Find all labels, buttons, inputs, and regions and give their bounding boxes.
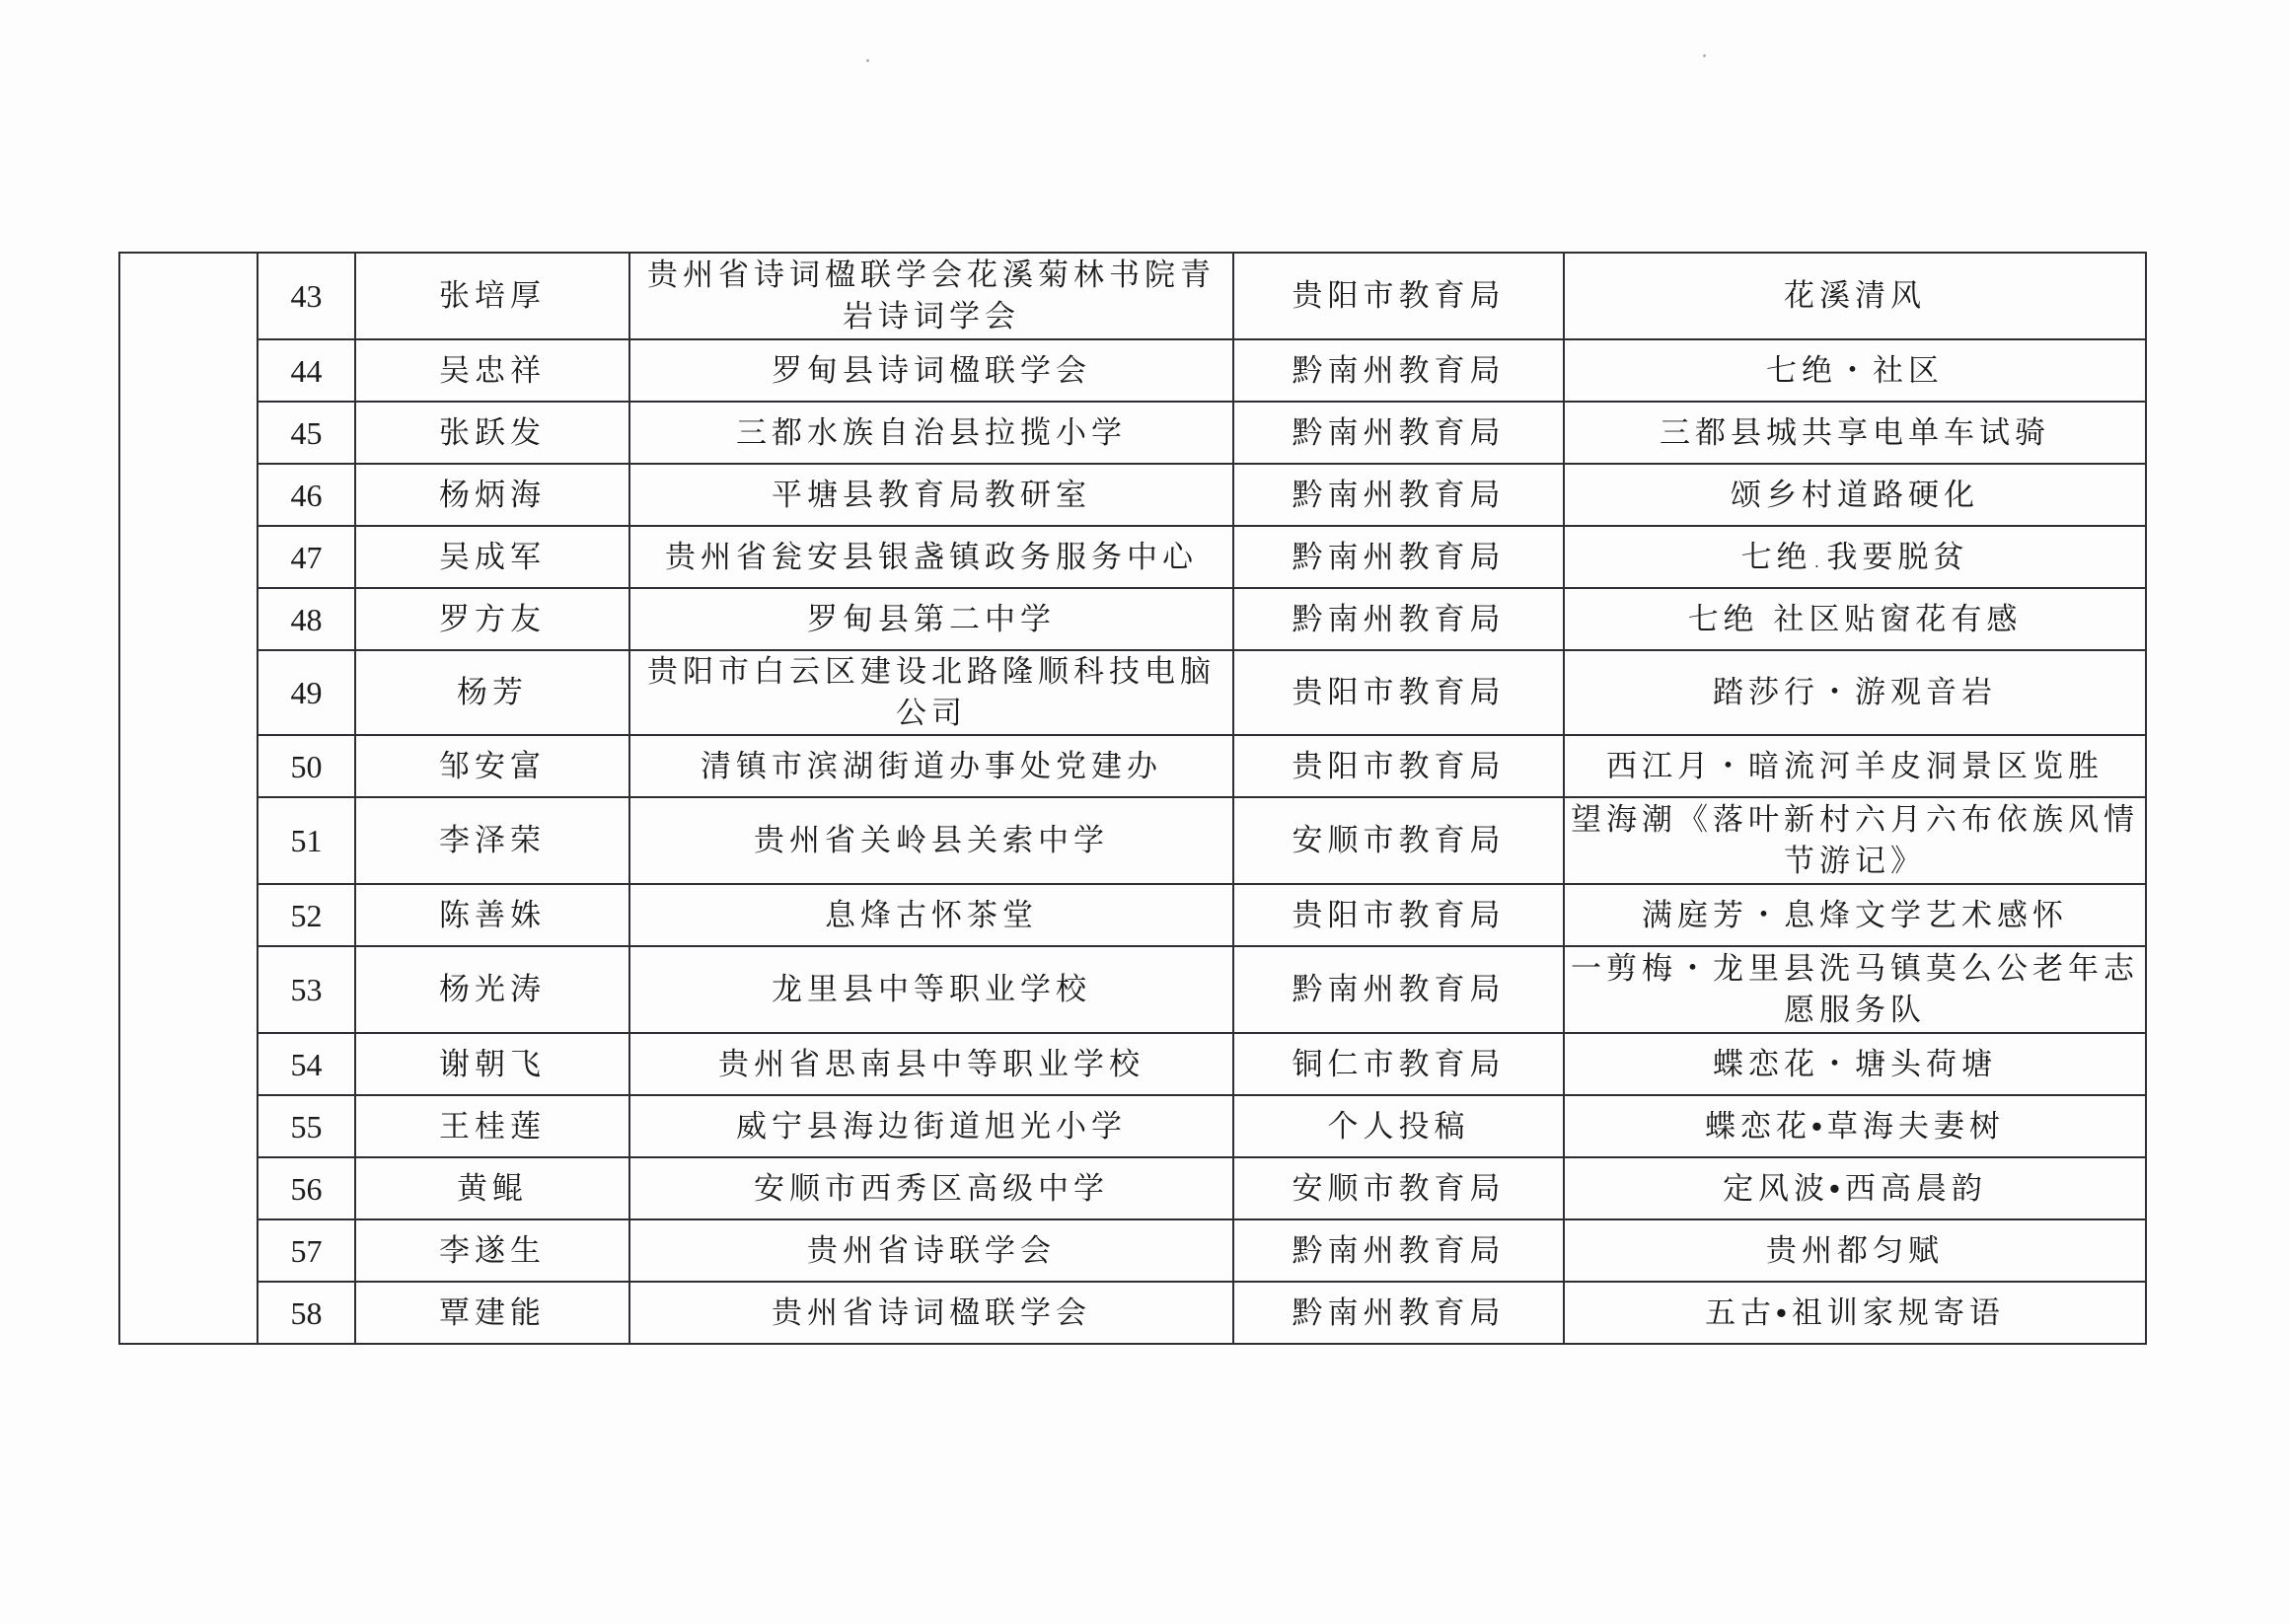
name-cell: 王桂莲 [355,1095,629,1157]
work-title-cell: 一剪梅・龙里县洗马镇莫么公老年志愿服务队 [1564,946,2146,1033]
affiliation-cell: 平塘县教育局教研室 [629,464,1233,526]
table-row: 56黄鲲安顺市西秀区高级中学安顺市教育局定风波•西高晨韵 [119,1157,2146,1219]
index-cell: 51 [258,797,355,884]
table-row: 44吴忠祥罗甸县诗词楹联学会黔南州教育局七绝・社区 [119,339,2146,402]
recommending-unit-cell: 黔南州教育局 [1233,464,1564,526]
index-cell: 47 [258,526,355,588]
index-cell: 53 [258,946,355,1033]
work-title-cell: 西江月・暗流河羊皮洞景区览胜 [1564,735,2146,797]
scan-speck [866,59,869,62]
table-row: 46杨炳海平塘县教育局教研室黔南州教育局颂乡村道路硬化 [119,464,2146,526]
table-row: 47吴成军贵州省瓮安县银盏镇政务服务中心黔南州教育局七绝.我要脱贫 [119,526,2146,588]
name-cell: 谢朝飞 [355,1033,629,1095]
name-cell: 李遂生 [355,1219,629,1282]
index-cell: 55 [258,1095,355,1157]
table-row: 48罗方友罗甸县第二中学黔南州教育局七绝 社区贴窗花有感 [119,588,2146,650]
name-cell: 罗方友 [355,588,629,650]
work-title-cell: 满庭芳・息烽文学艺术感怀 [1564,884,2146,946]
affiliation-cell: 罗甸县第二中学 [629,588,1233,650]
affiliation-cell: 息烽古怀茶堂 [629,884,1233,946]
recommending-unit-cell: 个人投稿 [1233,1095,1564,1157]
recommending-unit-cell: 贵阳市教育局 [1233,253,1564,339]
table-row: 55王桂莲威宁县海边街道旭光小学个人投稿蝶恋花•草海夫妻树 [119,1095,2146,1157]
work-title-cell: 蝶恋花•草海夫妻树 [1564,1095,2146,1157]
work-title-cell: 颂乡村道路硬化 [1564,464,2146,526]
recommending-unit-cell: 黔南州教育局 [1233,1282,1564,1344]
category-group-cell [119,253,258,1344]
affiliation-cell: 三都水族自治县拉揽小学 [629,402,1233,464]
recommending-unit-cell: 安顺市教育局 [1233,1157,1564,1219]
scan-speck [1703,54,1706,57]
index-cell: 44 [258,339,355,402]
work-title-cell: 三都县城共享电单车试骑 [1564,402,2146,464]
index-cell: 48 [258,588,355,650]
name-cell: 杨芳 [355,650,629,735]
recommending-unit-cell: 铜仁市教育局 [1233,1033,1564,1095]
work-title-cell: 贵州都匀赋 [1564,1219,2146,1282]
table-row: 49杨芳贵阳市白云区建设北路隆顺科技电脑公司贵阳市教育局踏莎行・游观音岩 [119,650,2146,735]
affiliation-cell: 贵州省瓮安县银盏镇政务服务中心 [629,526,1233,588]
work-title-cell: 五古•祖训家规寄语 [1564,1282,2146,1344]
name-cell: 李泽荣 [355,797,629,884]
index-cell: 43 [258,253,355,339]
table-row: 52陈善姝息烽古怀茶堂贵阳市教育局满庭芳・息烽文学艺术感怀 [119,884,2146,946]
table-row: 58覃建能贵州省诗词楹联学会黔南州教育局五古•祖训家规寄语 [119,1282,2146,1344]
work-title-cell: 七绝・社区 [1564,339,2146,402]
recommending-unit-cell: 贵阳市教育局 [1233,884,1564,946]
table-row: 45张跃发三都水族自治县拉揽小学黔南州教育局三都县城共享电单车试骑 [119,402,2146,464]
name-cell: 杨炳海 [355,464,629,526]
index-cell: 56 [258,1157,355,1219]
recommending-unit-cell: 黔南州教育局 [1233,526,1564,588]
name-cell: 张跃发 [355,402,629,464]
affiliation-cell: 贵州省诗联学会 [629,1219,1233,1282]
name-cell: 吴成军 [355,526,629,588]
table-row: 51李泽荣贵州省关岭县关索中学安顺市教育局望海潮《落叶新村六月六布依族风情节游记… [119,797,2146,884]
recommending-unit-cell: 黔南州教育局 [1233,588,1564,650]
recommending-unit-cell: 贵阳市教育局 [1233,735,1564,797]
name-cell: 覃建能 [355,1282,629,1344]
index-cell: 45 [258,402,355,464]
affiliation-cell: 贵州省诗词楹联学会花溪菊林书院青岩诗词学会 [629,253,1233,339]
recommending-unit-cell: 黔南州教育局 [1233,1219,1564,1282]
index-cell: 54 [258,1033,355,1095]
affiliation-cell: 威宁县海边街道旭光小学 [629,1095,1233,1157]
work-title-cell: 踏莎行・游观音岩 [1564,650,2146,735]
affiliation-cell: 贵阳市白云区建设北路隆顺科技电脑公司 [629,650,1233,735]
name-cell: 陈善姝 [355,884,629,946]
table-row: 50邹安富清镇市滨湖街道办事处党建办贵阳市教育局西江月・暗流河羊皮洞景区览胜 [119,735,2146,797]
index-cell: 50 [258,735,355,797]
name-cell: 吴忠祥 [355,339,629,402]
index-cell: 57 [258,1219,355,1282]
recommending-unit-cell: 安顺市教育局 [1233,797,1564,884]
work-title-cell: 蝶恋花・塘头荷塘 [1564,1033,2146,1095]
index-cell: 46 [258,464,355,526]
name-cell: 张培厚 [355,253,629,339]
work-title-cell: 花溪清风 [1564,253,2146,339]
index-cell: 58 [258,1282,355,1344]
recommending-unit-cell: 贵阳市教育局 [1233,650,1564,735]
table-row: 54谢朝飞贵州省思南县中等职业学校铜仁市教育局蝶恋花・塘头荷塘 [119,1033,2146,1095]
index-cell: 52 [258,884,355,946]
affiliation-cell: 龙里县中等职业学校 [629,946,1233,1033]
award-list-table: 43张培厚贵州省诗词楹联学会花溪菊林书院青岩诗词学会贵阳市教育局花溪清风44吴忠… [118,252,2147,1345]
table-row: 57李遂生贵州省诗联学会黔南州教育局贵州都匀赋 [119,1219,2146,1282]
name-cell: 邹安富 [355,735,629,797]
index-cell: 49 [258,650,355,735]
table-row: 43张培厚贵州省诗词楹联学会花溪菊林书院青岩诗词学会贵阳市教育局花溪清风 [119,253,2146,339]
work-title-cell: 七绝.我要脱贫 [1564,526,2146,588]
work-title-cell: 七绝 社区贴窗花有感 [1564,588,2146,650]
recommending-unit-cell: 黔南州教育局 [1233,339,1564,402]
affiliation-cell: 安顺市西秀区高级中学 [629,1157,1233,1219]
work-title-cell: 望海潮《落叶新村六月六布依族风情节游记》 [1564,797,2146,884]
affiliation-cell: 贵州省思南县中等职业学校 [629,1033,1233,1095]
work-title-cell: 定风波•西高晨韵 [1564,1157,2146,1219]
recommending-unit-cell: 黔南州教育局 [1233,946,1564,1033]
affiliation-cell: 罗甸县诗词楹联学会 [629,339,1233,402]
name-cell: 杨光涛 [355,946,629,1033]
affiliation-cell: 贵州省诗词楹联学会 [629,1282,1233,1344]
table-body: 43张培厚贵州省诗词楹联学会花溪菊林书院青岩诗词学会贵阳市教育局花溪清风44吴忠… [119,253,2146,1344]
affiliation-cell: 清镇市滨湖街道办事处党建办 [629,735,1233,797]
recommending-unit-cell: 黔南州教育局 [1233,402,1564,464]
affiliation-cell: 贵州省关岭县关索中学 [629,797,1233,884]
name-cell: 黄鲲 [355,1157,629,1219]
table-row: 53杨光涛龙里县中等职业学校黔南州教育局一剪梅・龙里县洗马镇莫么公老年志愿服务队 [119,946,2146,1033]
